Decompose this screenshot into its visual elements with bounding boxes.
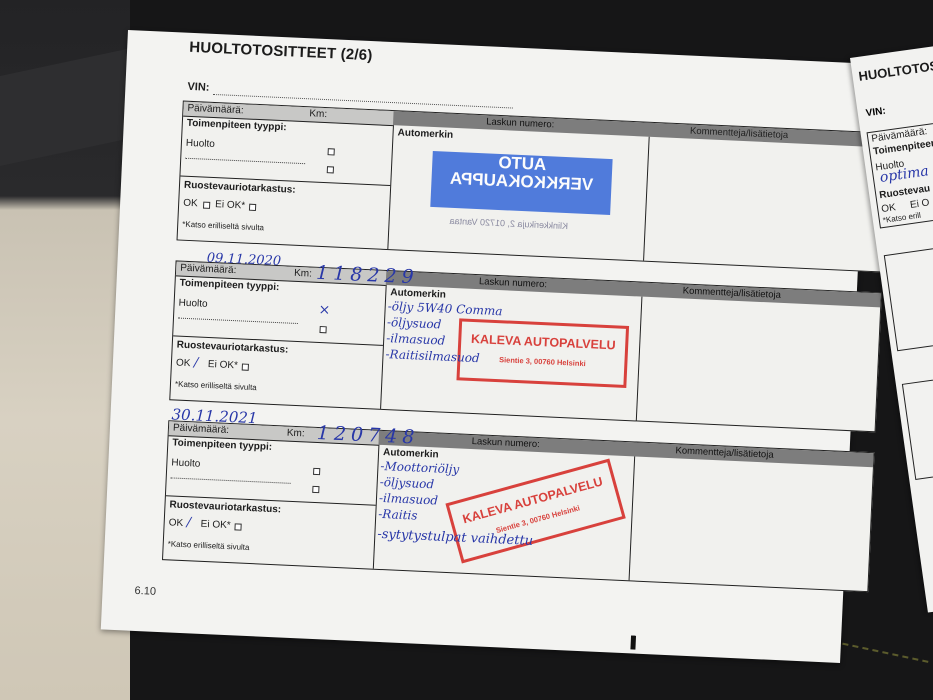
handwritten-note-4: -Raitisilmasuod	[385, 347, 480, 365]
see-separate-note: *Katso erilliseltä sivulta	[168, 539, 250, 552]
operation-type-label: Toimenpiteen tyyppi:	[179, 278, 279, 294]
handwritten-note-3: -ilmasuod	[386, 331, 446, 348]
service-label: Huolto	[178, 298, 207, 310]
stamp-kaleva-autopalvelu: KALEVA AUTOPALVELU Sientie 3, 00760 Hels…	[445, 459, 625, 564]
service-entry-2: Päivämäärä: Km: 09.11.2020 118229 Toimen…	[169, 260, 882, 432]
facing-entry-1: Päivämäärä: Toimenpiteen Huolto optima R…	[867, 117, 933, 229]
km-label: Km:	[309, 108, 327, 120]
rust-check-label: Ruostevauriotarkastus:	[169, 499, 281, 515]
brand-column: Laskun numero: Automerkin AUTO VERKKOKAU…	[388, 125, 649, 260]
operation-column: Toimenpiteen tyyppi: Huolto Ruostevaurio…	[178, 116, 394, 249]
page-number: 6.10	[134, 585, 156, 598]
service-entry-1: Päivämäärä: Km: Toimenpiteen tyyppi: Huo…	[177, 101, 890, 273]
see-separate-note: *Katso erilliseltä sivulta	[182, 220, 264, 233]
km-label: Km:	[287, 428, 305, 440]
rust-not-ok-label: Ei OK*	[200, 519, 230, 531]
km-label: Km:	[294, 268, 312, 280]
comments-column: Kommentteja/lisätietoja	[644, 137, 887, 272]
rust-ok-checkmark[interactable]: /	[194, 355, 199, 370]
stamp-address: Klinkkerikuja 2, 01720 Vantaa	[449, 216, 568, 231]
page-title: HUOLTOTOSITTEET (2/6)	[189, 39, 373, 64]
rust-check-label: Ruostevauriotarkastus:	[184, 180, 296, 196]
service-label: Huolto	[171, 457, 200, 469]
rust-check-label: Ruostevauriotarkastus:	[177, 340, 289, 356]
other-checkbox[interactable]	[319, 326, 326, 333]
handwritten-date: 30.11.2021	[171, 405, 258, 427]
service-record-page: HUOLTOTOSITTEET (2/6) VIN: Päivämäärä: K…	[101, 30, 867, 663]
handwritten-note-2: -öljysuod	[379, 475, 434, 491]
other-checkbox[interactable]	[327, 166, 334, 173]
handwritten-note-1: -Moottoriöljy	[380, 459, 459, 477]
service-checkbox[interactable]	[313, 468, 320, 475]
page-marker	[630, 635, 636, 649]
stamp-auto-verkkokauppa: AUTO VERKKOKAUPPA	[430, 151, 612, 215]
rust-ok-label: OK	[176, 358, 191, 370]
see-separate-note: *Katso erilliseltä sivulta	[175, 380, 257, 393]
facing-entry-3	[902, 368, 933, 480]
rust-not-ok-label: Ei OK*	[215, 199, 245, 211]
rust-not-ok-checkbox[interactable]	[242, 364, 249, 371]
rust-ok-checkbox[interactable]	[203, 202, 210, 209]
operation-type-label: Toimenpiteen tyyppi:	[187, 118, 287, 134]
vin-label: VIN:	[187, 81, 210, 94]
facing-vin-label: VIN:	[865, 106, 886, 120]
rust-not-ok-checkbox[interactable]	[234, 523, 241, 530]
other-checkbox[interactable]	[312, 486, 319, 493]
rust-ok-checkmark[interactable]: /	[186, 515, 191, 530]
service-entry-3: Päivämäärä: Km: 30.11.2021 120748 Toimen…	[162, 420, 875, 592]
handwritten-note-3: -ilmasuod	[379, 491, 439, 508]
service-checkbox[interactable]	[328, 148, 335, 155]
service-checkmark[interactable]: ×	[318, 302, 330, 319]
date-label: Päivämäärä:	[187, 103, 244, 117]
handwritten-note-2: -öljysuod	[387, 315, 442, 331]
rust-not-ok-checkbox[interactable]	[249, 204, 256, 211]
facing-entry-2	[884, 240, 933, 352]
stamp-kaleva-autopalvelu: KALEVA AUTOPALVELU Sientie 3, 00760 Hels…	[456, 318, 629, 388]
rust-ok-label: OK	[183, 198, 198, 210]
service-label: Huolto	[186, 138, 215, 150]
operation-type-label: Toimenpiteen tyyppi:	[172, 437, 272, 453]
rust-ok-label: OK	[168, 517, 183, 529]
facing-ok-label: OK	[881, 202, 897, 215]
handwritten-note-4: -Raitis	[378, 507, 418, 523]
facing-page-title: HUOLTOTOS	[858, 58, 933, 84]
rust-not-ok-label: Ei OK*	[208, 359, 238, 371]
facing-not-ok-label: Ei O	[909, 197, 930, 211]
car-brand-label: Automerkin	[397, 127, 453, 141]
